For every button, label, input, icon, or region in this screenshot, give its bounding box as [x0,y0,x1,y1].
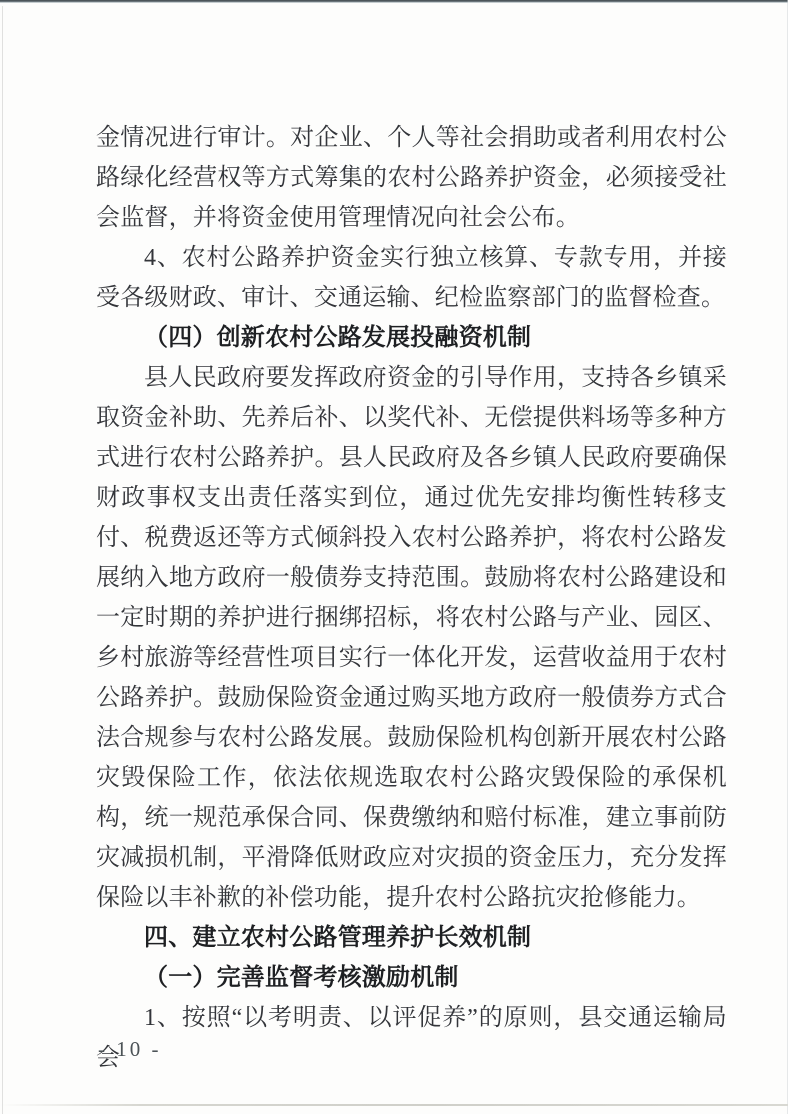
paragraph-item-4-fund-accounting: 4、农村公路养护资金实行独立核算、专款专用，并接受各级财政、审计、交通运输、纪检… [96,238,727,318]
paragraph-county-government-funding: 县人民政府要发挥政府资金的引导作用，支持各乡镇采取资金补助、先养后补、以奖代补、… [96,358,727,918]
page-number: - 10 - [98,1036,162,1062]
chapter-heading-4-long-term-mechanism: 四、建立农村公路管理养护长效机制 [96,918,727,958]
scan-artifact-bottom-edge [0,1104,788,1106]
document-page: 金情况进行审计。对企业、个人等社会捐助或者利用农村公路绿化经营权等方式筹集的农村… [0,0,788,1114]
paragraph-continuation-audit-funds: 金情况进行审计。对企业、个人等社会捐助或者利用农村公路绿化经营权等方式筹集的农村… [96,118,727,238]
section-heading-1-supervision-assessment: （一）完善监督考核激励机制 [96,958,727,998]
scan-artifact-left-edge [2,6,3,1114]
section-heading-4-investment-financing: （四）创新农村公路发展投融资机制 [96,318,727,358]
scan-artifact-top-edge [0,0,788,3]
document-body: 金情况进行审计。对企业、个人等社会捐助或者利用农村公路绿化经营权等方式筹集的农村… [96,118,727,1078]
paragraph-item-1-assessment-principle: 1、按照“以考明责、以评促养”的原则，县交通运输局会 [96,998,727,1078]
